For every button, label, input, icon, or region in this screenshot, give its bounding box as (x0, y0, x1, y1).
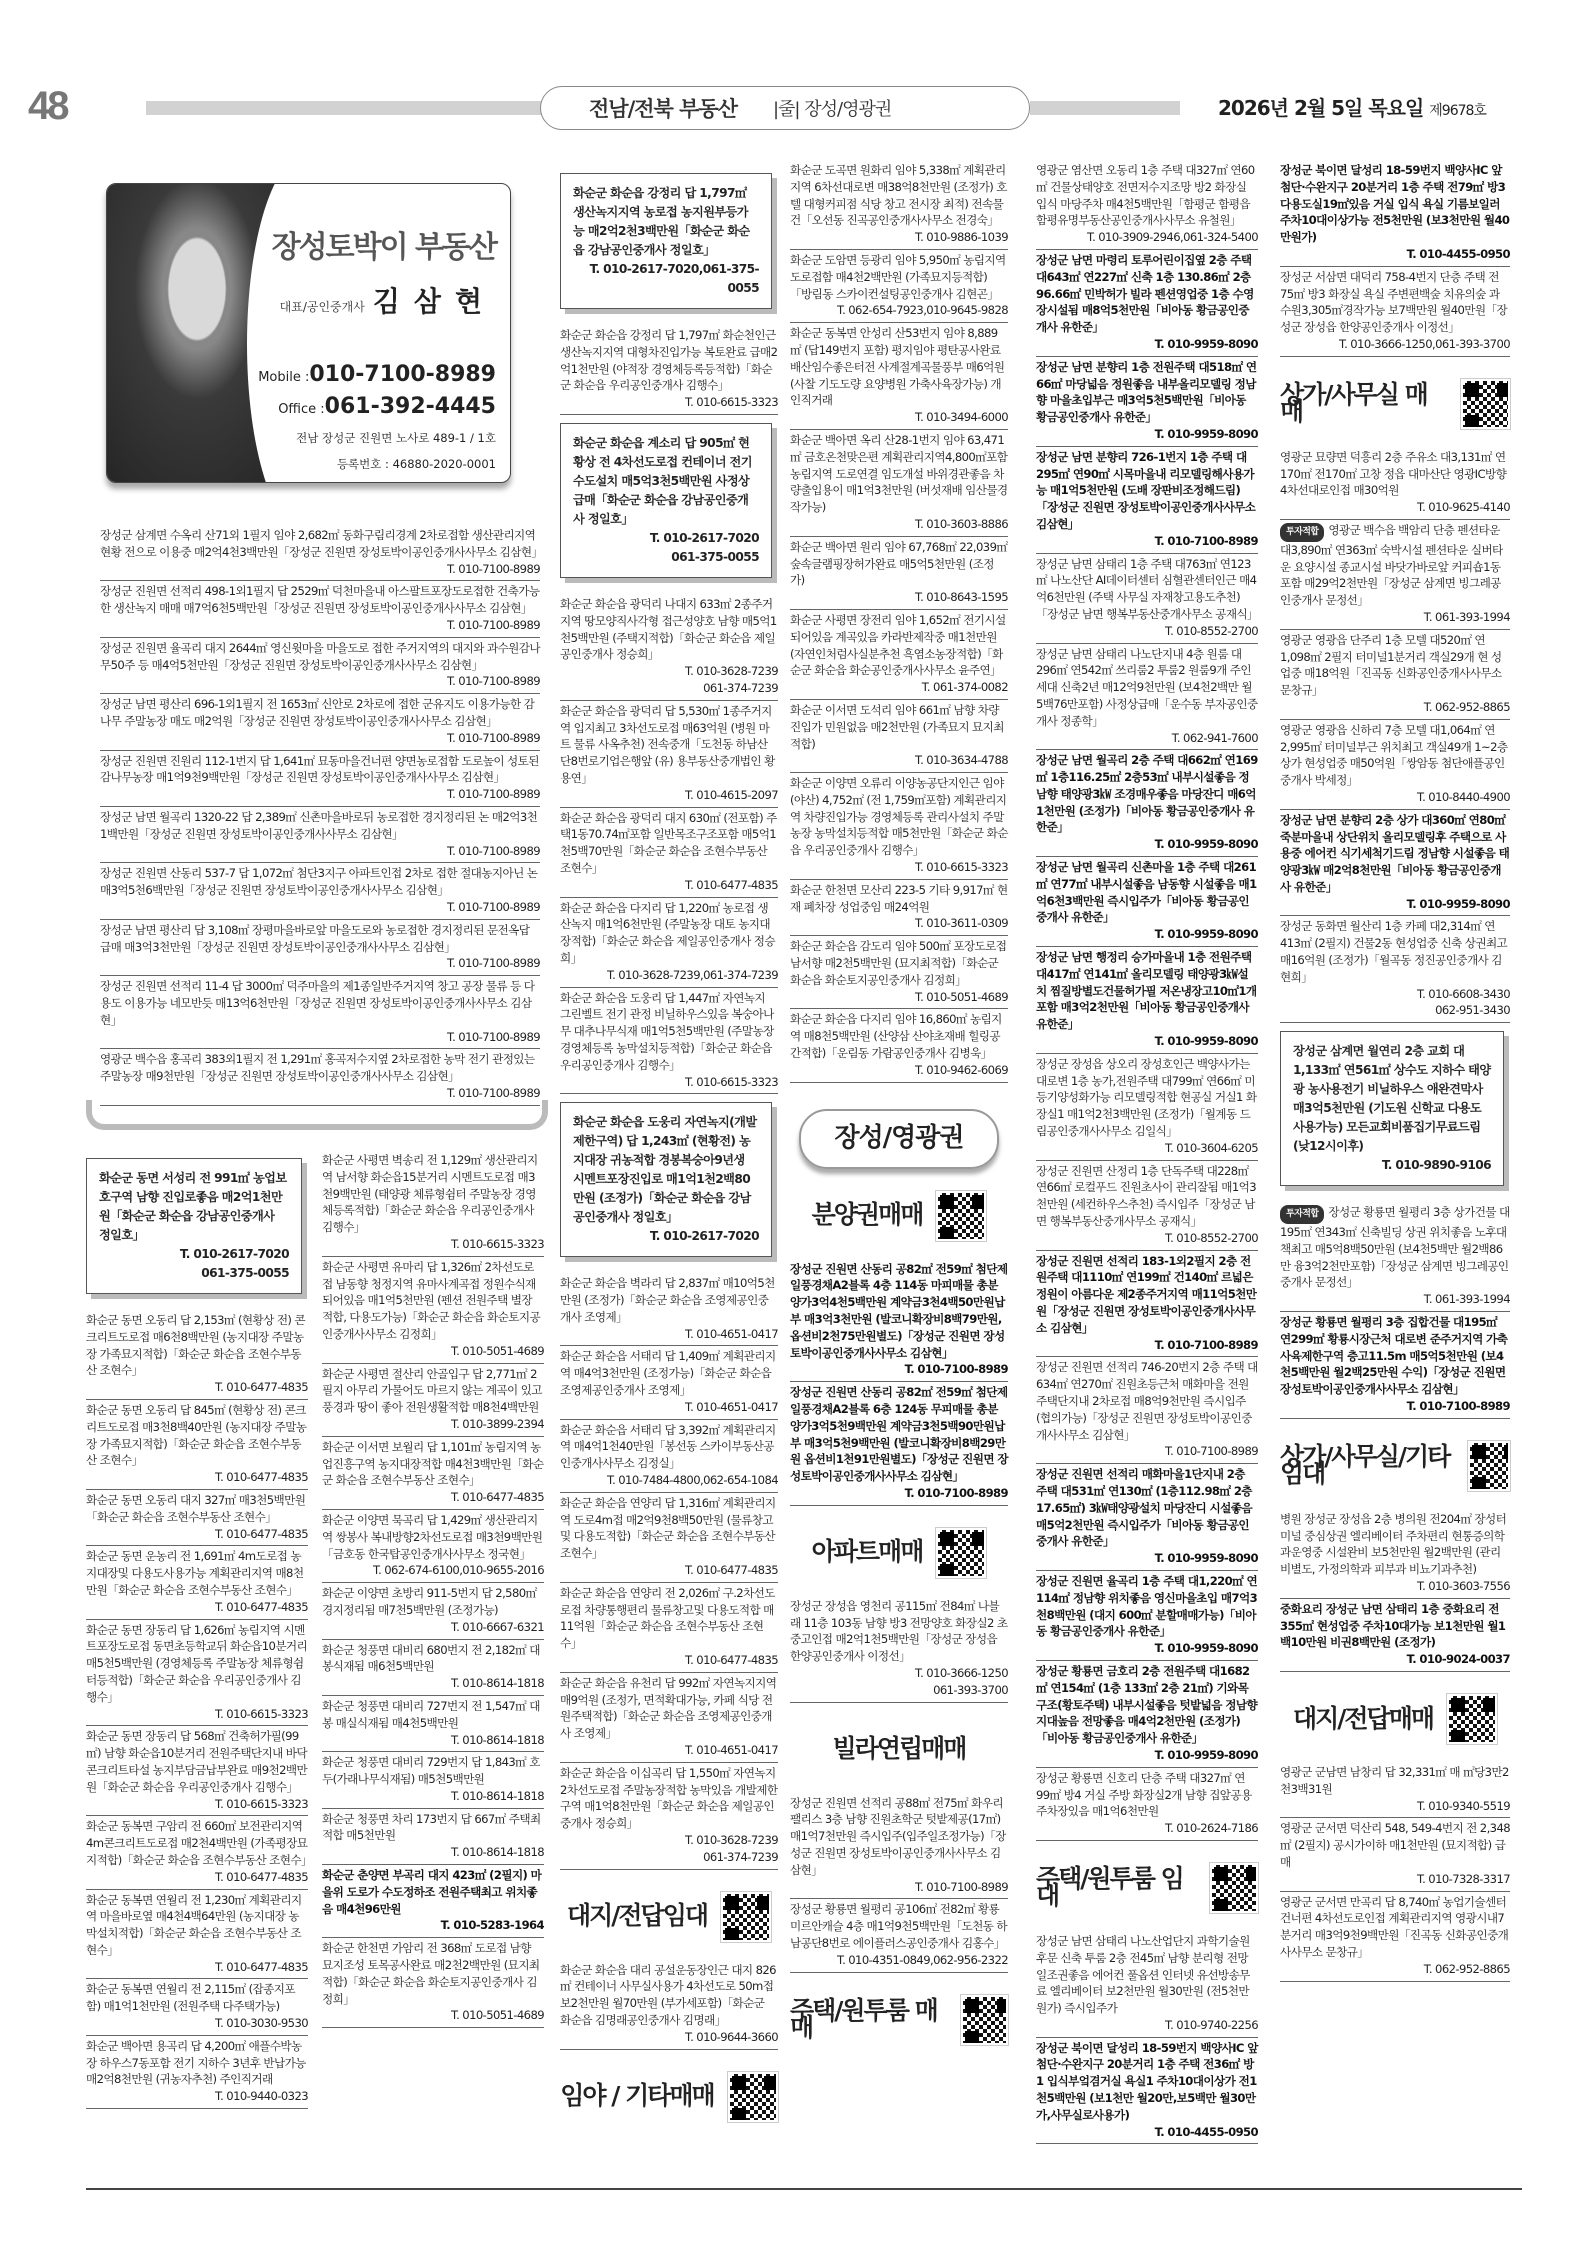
listing-text: 화순군 사평면 유마리 답 1,326㎡ 2차선도로접 남동향 청정지역 유마사… (322, 1260, 540, 1341)
listing-text: 장성군 진원면 선적리 매화마을1단지내 2층 주택 대531㎡ 연130㎡ (… (1036, 1467, 1252, 1548)
listing-text: 화순군 도곡면 원화리 임야 5,338㎡ 계획관리지역 6차선대로변 매38억… (790, 163, 1007, 227)
listing-phone: T. 010-5051-4689 (322, 2007, 544, 2024)
investment-badge: 투자적합 (1280, 523, 1324, 542)
column-2: 화순군 화순읍 강정리 답 1,797㎡ 생산녹지지역 농로접 농지원부등가능 … (560, 165, 778, 2140)
listing-text: 화순군 화순읍 연양리 전 2,026㎡ 구.2차선도로접 차량통행편리 물류창… (560, 1586, 775, 1650)
listing-item: 영광군 군남면 남창리 답 32,331㎡ 매 ㎡당3만2천3백31원T. 01… (1280, 1762, 1510, 1818)
listing-item: 화순군 이양면 초방리 911-5번지 답 2,580㎡ 경지정리됨 매7천5백… (322, 1583, 544, 1639)
section-heading: 아파트매매 (812, 1544, 923, 1561)
listing-phone: T. 010-6477-4835 (560, 1562, 778, 1579)
listing-text: 화순군 한천면 가암리 전 368㎡ 도로접 남향 묘지조성 토목공사완료 매2… (322, 1941, 540, 2005)
boxed-ad: 화순군 화순읍 계소리 답 905㎡ 현황상 전 4차선도로접 컨테이너 전기 … (560, 423, 772, 578)
section-heading: 상가/사무실/기타임대 (1280, 1449, 1454, 1483)
listing-item: 장성군 북이면 달성리 18-59번지 백양사IC 앞 첨단·수완지구 20분거… (1280, 160, 1510, 267)
listing-text: 화순군 화순읍 광덕리 답 5,530㎡ 1종주거지역 입지최고 3차선도로접 … (560, 704, 775, 785)
listing-phone: T. 010-9959-8090 (1036, 1033, 1258, 1050)
listing-phone: T. 010-9959-8090 (1036, 336, 1258, 353)
listing-item: 화순군 청풍면 대비리 680번지 전 2,182㎡ 대봉식재됨 매6천5백만원… (322, 1640, 544, 1696)
listing-text: 영광군 군서면 덕산리 548, 549-4번지 전 2,348㎡ (2필지) … (1280, 1821, 1510, 1869)
listing-phone: T. 010-6477-4835 (86, 1599, 308, 1616)
agency-listings: 장성군 삼계면 수옥리 산71외 1필지 임야 2,682㎡ 동화구림리경계 2… (100, 525, 540, 1106)
listing-item: 화순군 화순읍 광덕리 답 5,530㎡ 1종주거지역 입지최고 3차선도로접 … (560, 701, 778, 808)
listing-text: 화순군 청풍면 대비리 680번지 전 2,182㎡ 대봉식재됨 매6천5백만원 (322, 1643, 540, 1674)
listing-text: 화순군 화순읍 유천리 답 992㎡ 자연녹지지역 매9억원 (조정가, 면적확… (560, 1676, 776, 1740)
listing-text: 화순군 화순읍 강정리 답 1,797㎡ 화순천인근 생산녹지지역 대형차진입가… (560, 328, 777, 392)
listing-item: 장성군 남면 분향리 1층 전원주택 대518㎡ 연66㎡ 마당넓음 정원좋음 … (1036, 357, 1258, 447)
listing-item: 화순군 동면 장동리 답 1,626㎡ 농림지역 시멘트포장도로접 동면초등학교… (86, 1620, 308, 1727)
listing-text: 화순군 화순읍 다지리 임야 16,860㎡ 농림지역 매8천5백만원 (산양삼… (790, 1012, 1002, 1060)
listing-text: 화순군 도암면 등광리 임야 5,950㎡ 농림지역 도로접함 매4천2백만원 … (790, 253, 1006, 301)
listing-phone: T. 010-9340-5519 (1280, 1798, 1510, 1815)
listing-item: 장성군 삼계면 수옥리 산71외 1필지 임야 2,682㎡ 동화구림리경계 2… (100, 525, 540, 581)
listing-text: 화순군 동면 운농리 전 1,691㎡ 4m도로접 농지대장및 다용도사용가능 … (86, 1549, 303, 1597)
listing-phone: T. 010-4651-0417 (560, 1742, 778, 1759)
listing-item: 화순군 백아면 용곡리 답 4,200㎡ 애플수박농장 하우스7동포함 전기 지… (86, 2036, 308, 2109)
listing-item: 화순군 동복면 연월리 전 2,115㎡ (잡종지포함) 매1억1천만원 (전원… (86, 1979, 308, 2035)
listing-item: 영광군 영광읍 단주리 1층 모텔 대520㎡ 연1,098㎡ 2필지 터미널1… (1280, 630, 1510, 720)
listing-item: 장성군 진원면 선적리 746-20번지 2층 주택 대634㎡ 연270㎡ 진… (1036, 1357, 1258, 1464)
listing-text: 화순군 화순읍 서태리 답 3,392㎡ 계획관리지역 매4억1천40만원「봉선… (560, 1423, 776, 1471)
listing-text: 장성군 남면 분향리 726-1번지 1층 주택 대295㎡ 연90㎡ 시목마을… (1036, 450, 1255, 531)
listing-item: 장성군 남면 평산리 696-1외1필지 전 1653㎡ 신안로 2차로에 접한… (100, 694, 540, 750)
listing-item: 장성군 진원면 진원리 112-1번지 답 1,641㎡ 묘동마을건너편 양면농… (100, 751, 540, 807)
listing-text: 화순군 동면 오동리 대지 327㎡ 매3천5백만원「화순군 화순읍 조현수부동… (86, 1493, 305, 1524)
listing-phone: T. 010-8614-1818 (322, 1675, 544, 1692)
listing-text: 화순군 화순읍 이십곡리 답 1,550㎡ 자연녹지 2차선도로접 주말농장적합… (560, 1766, 777, 1830)
listing-text: 화순군 동복면 연월리 전 2,115㎡ (잡종지포함) 매1억1천만원 (전원… (86, 1982, 295, 2013)
listing-phone: T. 010-7100-8989 (1280, 1398, 1510, 1415)
qr-code-icon[interactable] (1468, 1441, 1510, 1491)
listing-text: 화순군 동면 오동리 답 2,153㎡ (현황상 전) 콘크리트도로접 매6천8… (86, 1313, 305, 1377)
listing-text: 화순군 동면 장동리 답 568㎡ 건축허가필(99㎡) 남향 화순읍10분거리… (86, 1729, 307, 1793)
listing-text: 장성군 진원면 산정리 1층 단독주택 대228㎡ 연66㎡ 로컬푸드 진원초사… (1036, 1164, 1256, 1228)
listing-text: 장성군 진원면 율곡리 1층 주택 대1,220㎡ 연114㎡ 정남향 위치좋음… (1036, 1574, 1257, 1638)
listing-text: 영광군 염산면 오동리 1층 주택 대327㎡ 연60㎡ 건물상태양호 전면저수… (1036, 163, 1255, 227)
section-shop-rent: 상가/사무실/기타임대 (1280, 1437, 1510, 1495)
listing-item: 화순군 사평면 절산리 안골입구 답 2,771㎡ 2필지 아무리 가물어도 마… (322, 1364, 544, 1437)
listing-item: 장성군 남면 삼태리 나노산업단지 과학기술원후문 신축 투룸 2층 전45㎡ … (1036, 1931, 1258, 2038)
listing-phone: T. 010-9959-8090 (1036, 1640, 1258, 1657)
listing-phone: T. 010-4651-0417 (560, 1326, 778, 1343)
listing-phone: T. 010-7100-8989 (1036, 533, 1258, 550)
listing-item: 화순군 동복면 구암리 전 660㎡ 보전관리지역 4m콘크리트도로접 매2천4… (86, 1816, 308, 1889)
listing-item: 화순군 화순읍 서태리 답 3,392㎡ 계획관리지역 매4억1천40만원「봉선… (560, 1420, 778, 1493)
column-1b: 화순군 사평면 벽송리 전 1,129㎡ 생산관리지역 남서향 화순읍15분거리… (322, 1150, 544, 2028)
listing-text: 장성군 서삼면 대덕리 758-4번지 단층 주택 전75㎡ 방3 화장실 욕실… (1280, 270, 1507, 334)
listing-item: 화순군 사평면 유마리 답 1,326㎡ 2차선도로접 남동향 청정지역 유마사… (322, 1257, 544, 1364)
listing-phone: T. 010-9959-8090 (1036, 1550, 1258, 1567)
listing-phone: T. 062-952-8865 (1280, 699, 1510, 716)
listing-item: 장성군 장성읍 영천리 공115㎡ 전84㎡ 나블래 11층 103동 남향 방… (790, 1596, 1008, 1703)
section-land-rent: 대지/전답임대 (560, 1888, 778, 1946)
listing-item: 화순군 동복면 안성리 산53번지 임야 8,889㎡ (답149번지 포함) … (790, 323, 1008, 430)
listing-item: 화순군 화순읍 강정리 답 1,797㎡ 화순천인근 생산녹지지역 대형차진입가… (560, 325, 778, 415)
page-header: 48 전남/전북 부동산 |줄| 장성/영광권 2026년 2월 5일 목요일 … (0, 80, 1588, 140)
listing-item: 화순군 화순읍 대리 공설운동장인근 대지 826㎡ 컨테이너 사무실사용가 4… (560, 1960, 778, 2050)
listing-text: 장성군 장성읍 상오리 장성호인근 백양사가는대로변 1층 농가,전원주택 대7… (1036, 1057, 1257, 1138)
boxed-ad: 화순군 화순읍 도웅리 자연녹지(개발제한구역) 답 1,243㎡ (현황전) … (560, 1102, 772, 1257)
listing-phone: T. 010-6615-3323 (560, 1074, 778, 1091)
listing-item: 장성군 진원면 율곡리 대지 2644㎡ 영신윗마을 마을도로 접한 주거지역의… (100, 638, 540, 694)
column-1a: 화순군 동면 서성리 전 991㎡ 농업보호구역 남향 진입로좋음 매2억1천만… (86, 1150, 308, 2109)
listing-item: 화순군 화순읍 유천리 답 992㎡ 자연녹지지역 매9억원 (조정가, 면적확… (560, 1673, 778, 1763)
listing-item: 화순군 이서면 보월리 답 1,101㎡ 농림지역 농업진흥구역 농지대장적합 … (322, 1437, 544, 1510)
listing-item: 화순군 동면 오동리 답 2,153㎡ (현황상 전) 콘크리트도로접 매6천8… (86, 1310, 308, 1400)
listing-phone: T. 010-7100-8989 (100, 899, 540, 916)
listing-phone: T. 010-3628-7239 061-374-7239 (560, 663, 778, 697)
listing-item: 화순군 도곡면 원화리 임야 5,338㎡ 계획관리지역 6차선대로변 매38억… (790, 160, 1008, 250)
boxed-ad-phone: T. 010-2617-7020 (573, 1227, 759, 1246)
listing-item: 화순군 화순읍 다지리 임야 16,860㎡ 농림지역 매8천5백만원 (산양삼… (790, 1009, 1008, 1082)
listing-item: 화순군 한천면 모산리 223-5 기타 9,917㎡ 현재 폐차장 성업중임 … (790, 880, 1008, 936)
boxed-ad: 화순군 동면 서성리 전 991㎡ 농업보호구역 남향 진입로좋음 매2억1천만… (86, 1158, 302, 1294)
qr-code-icon[interactable] (1210, 1863, 1258, 1913)
listing-phone: T. 010-4651-0417 (560, 1399, 778, 1416)
listing-text: 중화요리 장성군 남면 삼태리 1층 중화요리 전355㎡ 현성업중 주차10대… (1280, 1602, 1505, 1650)
listing-phone: T. 010-9625-4140 (1280, 499, 1510, 516)
listing-text: 장성군 동화면 월산리 1층 카페 대2,314㎡ 연413㎡ (2필지) 건물… (1280, 919, 1507, 983)
qr-code-icon[interactable] (936, 1191, 986, 1241)
qr-code-icon[interactable] (961, 1995, 1008, 2045)
listing-text: 화순군 이양면 묵곡리 답 1,429㎡ 생산관리지역 쌍봉사 복내방향2차선도… (322, 1513, 542, 1561)
listing-text: 장성군 남면 행정리 승가마을내 1층 전원주택 대417㎡ 연141㎡ 올리모… (1036, 950, 1256, 1031)
listing-item: 장성군 남면 평산리 답 3,108㎡ 장평마을바로앞 마을도로와 농로접한 경… (100, 920, 540, 976)
listing-text: 영광군 영광읍 신하리 7층 모텔 대1,064㎡ 연2,995㎡ 터미널부근 … (1280, 723, 1508, 787)
listing-text: 장성군 남면 삼태리 나노산업단지 과학기술원후문 신축 투룸 2층 전45㎡ … (1036, 1934, 1250, 2015)
listing-phone: T. 010-7328-3317 (1280, 1871, 1510, 1888)
listing-phone: T. 010-7100-8989 (100, 955, 540, 972)
office-label: Office : (278, 402, 324, 417)
listing-phone: T. 010-7484-4800,062-654-1084 (560, 1472, 778, 1489)
listing-item: 영광군 군서면 덕산리 548, 549-4번지 전 2,348㎡ (2필지) … (1280, 1818, 1510, 1891)
listing-text: 화순군 백아면 옥리 산28-1번지 임야 63,471㎡ 금호온천맞은편 계획… (790, 433, 1008, 514)
listing-item: 화순군 화순읍 광덕리 나대지 633㎡ 2종주거지역 땅모양직사각형 접근성양… (560, 594, 778, 701)
listing-item: 화순군 청풍면 차리 173번지 답 667㎡ 주택최적합 매5천만원T. 01… (322, 1809, 544, 1865)
listing-item: 화순군 동면 장동리 답 568㎡ 건축허가필(99㎡) 남향 화순읍10분거리… (86, 1726, 308, 1816)
listing-text: 영광군 군서면 만곡리 답 8,740㎡ 농업기술센터건너편 4차선도로인접 계… (1280, 1895, 1508, 1959)
listing-phone: T. 010-8614-1818 (322, 1844, 544, 1861)
listing-text: 장성군 북이면 달성리 18-59번지 백양사IC 앞 첨단·수완지구 20분거… (1280, 163, 1509, 244)
listing-item: 화순군 화순읍 도웅리 답 1,447㎡ 자연녹지 그린벨트 전기 관정 비닐하… (560, 988, 778, 1095)
listing-item: 장성군 남면 월곡리 2층 주택 대662㎡ 연169㎡ 1층116.25㎡ 2… (1036, 750, 1258, 857)
listing-item: 영광군 염산면 오동리 1층 주택 대327㎡ 연60㎡ 건물상태양호 전면저수… (1036, 160, 1258, 250)
listing-phone: T. 010-9440-0323 (86, 2088, 308, 2105)
listing-item: 장성군 남면 마령리 토루어린이집옆 2층 주택 대643㎡ 연227㎡ 신축 … (1036, 250, 1258, 357)
listing-item: 장성군 남면 삼태리 나노단지내 4층 원룸 대296㎡ 연542㎡ 쓰리룸2 … (1036, 644, 1258, 751)
listing-item: 화순군 화순읍 연양리 전 2,026㎡ 구.2차선도로접 차량통행편리 물류창… (560, 1583, 778, 1673)
listing-phone: T. 061-393-1994 (1280, 1291, 1510, 1308)
listing-item: 화순군 춘양면 부곡리 대지 423㎡ (2필지) 마을위 도로가 수도정하조 … (322, 1865, 544, 1938)
section-house-rent: 주택/원투룸 임대 (1036, 1859, 1258, 1917)
listing-phone: T. 010-5051-4689 (790, 989, 1008, 1006)
listing-phone: T. 010-4351-0849,062-956-2322 (790, 1952, 1008, 1969)
listing-phone: T. 010-4615-2097 (560, 787, 778, 804)
listing-item: 장성군 황룡면 월평리 3층 집합건물 대195㎡ 연299㎡ 황룡시장근처 대… (1280, 1312, 1510, 1419)
listing-phone: T. 010-9959-8090 (1280, 896, 1510, 913)
listing-phone: T. 010-3604-6205 (1036, 1140, 1258, 1157)
listing-phone: T. 010-7100-8989 (790, 1879, 1008, 1896)
listing-text: 화순군 백아면 용곡리 답 4,200㎡ 애플수박농장 하우스7동포함 전기 지… (86, 2039, 306, 2087)
listing-phone: T. 010-8614-1818 (322, 1788, 544, 1805)
listing-text: 화순군 화순읍 벽라리 답 2,837㎡ 매10억5천만원 (조정가)「화순군 … (560, 1276, 775, 1324)
section-house-sale: 주택/원투룸 매매 (790, 1991, 1008, 2049)
listing-item: 화순군 한천면 가암리 전 368㎡ 도로접 남향 묘지조성 토목공사완료 매2… (322, 1938, 544, 2028)
listing-phone: T. 010-3628-7239,061-374-7239 (560, 967, 778, 984)
listing-item: 장성군 서삼면 대덕리 758-4번지 단층 주택 전75㎡ 방3 화장실 욕실… (1280, 267, 1510, 357)
listing-text: 장성군 진원면 율곡리 대지 2644㎡ 영신윗마을 마을도로 접한 주거지역의… (100, 641, 540, 672)
listing-text: 영광군 백수읍 홍곡리 383외1필지 전 1,291㎡ 홍곡저수지옆 2차로접… (100, 1052, 535, 1083)
section-heading: 대지/전답매매 (1293, 1711, 1433, 1728)
listing-phone: T. 010-3494-6000 (790, 409, 1008, 426)
listing-phone: T. 061-393-1994 (1280, 609, 1510, 626)
listing-phone: T. 010-2624-7186 (1036, 1820, 1258, 1837)
listing-text: 장성군 장성읍 영천리 공115㎡ 전84㎡ 나블래 11층 103동 남향 방… (790, 1599, 1007, 1663)
listing-item: 장성군 진원면 산정리 1층 단독주택 대228㎡ 연66㎡ 로컬푸드 진원초사… (1036, 1161, 1258, 1251)
qr-code-icon[interactable] (1461, 379, 1510, 429)
bottom-rule (86, 2188, 1522, 2190)
listing-text: 화순군 춘양면 부곡리 대지 423㎡ (2필지) 마을위 도로가 수도정하조 … (322, 1868, 541, 1916)
listing-item: 영광군 백수읍 홍곡리 383외1필지 전 1,291㎡ 홍곡저수지옆 2차로접… (100, 1049, 540, 1105)
listing-text: 화순군 사평면 절산리 안골입구 답 2,771㎡ 2필지 아무리 가물어도 마… (322, 1367, 542, 1415)
listing-text: 화순군 화순읍 광덕리 나대지 633㎡ 2종주거지역 땅모양직사각형 접근성양… (560, 597, 777, 661)
mobile-line: Mobile :010-7100-8989 (258, 362, 496, 387)
mobile-label: Mobile : (258, 370, 309, 385)
listing-phone: T. 010-7100-8989 (100, 673, 540, 690)
listing-item: 화순군 화순읍 다지리 답 1,220㎡ 농로접 생산녹지 매1억6천만원 (주… (560, 898, 778, 988)
listing-text: 장성군 남면 분향리 1층 전원주택 대518㎡ 연66㎡ 마당넓음 정원좋음 … (1036, 360, 1256, 424)
listing-text: 장성군 진원면 산동리 공82㎡ 전59㎡ 첨단제일풍경채A2블록 6층 124… (790, 1385, 1008, 1483)
listing-phone: T. 010-6615-3323 (322, 1236, 544, 1253)
listing-item: 병원 장성군 장성읍 2층 병의원 전204㎡ 장성터미널 중심상권 엘리베이터… (1280, 1509, 1510, 1599)
listing-text: 장성군 황룡면 월평리 3층 집합건물 대195㎡ 연299㎡ 황룡시장근처 대… (1280, 1315, 1507, 1396)
column-4: 영광군 염산면 오동리 1층 주택 대327㎡ 연60㎡ 건물상태양호 전면저수… (1036, 160, 1258, 2144)
listing-text: 장성군 진원면 진원리 112-1번지 답 1,641㎡ 묘동마을건너편 양면농… (100, 754, 539, 785)
listing-text: 화순군 동면 오동리 답 845㎡ (현황상 전) 콘크리트도로접 매3천8백4… (86, 1403, 306, 1467)
listing-item: 화순군 화순읍 연양리 답 1,316㎡ 계획관리지역 도로4m접 매2억9천8… (560, 1493, 778, 1583)
agent-role: 대표/공인중개사김삼현 (280, 280, 496, 320)
listing-item: 화순군 화순읍 감도리 임야 500㎡ 포장도로접 남서향 매2천5백만원 (묘… (790, 936, 1008, 1009)
listing-item: 투자적합장성군 황룡면 월평리 3층 상가건물 대195㎡ 연343㎡ 신축빌딩… (1280, 1202, 1510, 1312)
listing-phone: T. 010-9644-3660 (560, 2029, 778, 2046)
listing-item: 장성군 진원면 산동리 537-7 답 1,072㎡ 첨단3지구 아파트인접 2… (100, 863, 540, 919)
listing-text: 영광군 군남면 남창리 답 32,331㎡ 매 ㎡당3만2천3백31원 (1280, 1765, 1509, 1796)
qr-code-icon[interactable] (728, 2072, 778, 2122)
column-5: 장성군 북이면 달성리 18-59번지 백양사IC 앞 첨단·수완지구 20분거… (1280, 160, 1510, 1982)
listing-text: 화순군 동복면 구암리 전 660㎡ 보전관리지역 4m콘크리트도로접 매2천4… (86, 1819, 312, 1867)
listing-text: 영광군 영광읍 단주리 1층 모텔 대520㎡ 연1,098㎡ 2필지 터미널1… (1280, 633, 1502, 697)
listing-item: 화순군 동면 오동리 답 845㎡ (현황상 전) 콘크리트도로접 매3천8백4… (86, 1400, 308, 1490)
agency-address: 전남 장성군 진원면 노사로 489-1 / 1호 (296, 430, 496, 446)
listing-item: 장성군 남면 월곡리 1320-22 답 2,389㎡ 신촌마을바로뒤 농로접한… (100, 807, 540, 863)
listing-phone: T. 010-3909-2946,061-324-5400 (1036, 229, 1258, 246)
listing-phone: T. 010-3030-9530 (86, 2015, 308, 2032)
listing-phone: T. 010-9959-8090 (1036, 926, 1258, 943)
listing-text: 장성군 황룡면 신호리 단층 주택 대327㎡ 연99㎡ 방4 거실 주방 화장… (1036, 1771, 1252, 1819)
listing-phone: T. 062-952-8865 (1280, 1961, 1510, 1978)
listing-phone: T. 061-374-0082 (790, 679, 1008, 696)
listing-text: 화순군 이서면 도석리 임야 661㎡ 남향 차량진입가 민원없음 매2천만원 … (790, 703, 1004, 751)
boxed-ad-phone: T. 010-2617-7020 061-375-0055 (99, 1245, 289, 1283)
listing-phone: T. 010-7100-8989 (100, 617, 540, 634)
listing-text: 화순군 청풍면 대비리 729번지 답 1,843㎡ 호두(가래나무식재됨) 매… (322, 1755, 540, 1786)
listing-phone: T. 010-8614-1818 (322, 1732, 544, 1749)
header-rule-left (146, 101, 542, 115)
listing-item: 화순군 화순읍 서태리 답 1,409㎡ 계획관리지역 매4억3천만원 (조정가… (560, 1346, 778, 1419)
listing-phone: T. 010-7100-8989 (1036, 1337, 1258, 1354)
listing-phone: T. 010-9959-8090 (1036, 836, 1258, 853)
listing-phone: T. 010-6615-3323 (560, 394, 778, 411)
listing-item: 영광군 군서면 만곡리 답 8,740㎡ 농업기술센터건너편 4차선도로인접 계… (1280, 1892, 1510, 1982)
date-text: 2026년 2월 5일 목요일 (1218, 96, 1423, 120)
listing-item: 화순군 사평면 벽송리 전 1,129㎡ 생산관리지역 남서향 화순읍15분거리… (322, 1150, 544, 1257)
listing-text: 장성군 황룡면 금호리 2층 전원주택 대1682㎡ 연154㎡ (1층 133… (1036, 1664, 1257, 1745)
qr-code-icon[interactable] (1447, 1694, 1497, 1744)
listing-item: 영광군 묘량면 덕흥리 2층 주유소 대3,131㎡ 연170㎡ 전170㎡ 고… (1280, 447, 1510, 520)
listing-phone: T. 010-6477-4835 (560, 877, 778, 894)
section-title: 전남/전북 부동산 (589, 93, 737, 123)
listing-text: 장성군 진원면 산동리 537-7 답 1,072㎡ 첨단3지구 아파트인접 2… (100, 866, 537, 897)
region-title: 장성/영광권 (799, 1109, 999, 1169)
listing-item: 장성군 진원면 율곡리 1층 주택 대1,220㎡ 연114㎡ 정남향 위치좋음… (1036, 1571, 1258, 1661)
listing-text: 장성군 남면 분향리 2층 상가 대360㎡ 연80㎡ 죽분마을내 상단위치 올… (1280, 813, 1509, 894)
listing-item: 장성군 진원면 선적리 498-1외1필지 답 2529㎡ 덕천마을내 아스팔트… (100, 581, 540, 637)
listing-item: 중화요리 장성군 남면 삼태리 1층 중화요리 전355㎡ 현성업중 주차10대… (1280, 1599, 1510, 1672)
listing-text: 화순군 화순읍 연양리 답 1,316㎡ 계획관리지역 도로4m접 매2억9천8… (560, 1496, 776, 1560)
mobile-number: 010-7100-8989 (309, 362, 496, 387)
listing-phone: T. 062-654-7923,010-9645-9828 (790, 302, 1008, 319)
listing-text: 화순군 청풍면 대비리 727번지 전 1,547㎡ 대봉 매실식재됨 매4천5… (322, 1699, 540, 1730)
listing-text: 화순군 사평면 장전리 임야 1,652㎡ 전기시설되어있음 계곡있음 카라반제… (790, 613, 1006, 677)
listing-phone: T. 010-9959-8090 (1036, 1747, 1258, 1764)
listing-phone: T. 010-6477-4835 (560, 1652, 778, 1669)
listing-phone: T. 010-6477-4835 (86, 1959, 308, 1976)
listing-phone: T. 010-9024-0037 (1280, 1651, 1510, 1668)
listing-item: 장성군 남면 삼태리 1층 주택 대763㎡ 연123㎡ 나노산단 AI데이터센… (1036, 554, 1258, 644)
section-heading: 대지/전답임대 (567, 1908, 707, 1925)
listing-phone: T. 010-8552-2700 (1036, 1230, 1258, 1247)
listing-item: 장성군 남면 분향리 2층 상가 대360㎡ 연80㎡ 죽분마을내 상단위치 올… (1280, 810, 1510, 917)
listing-item: 화순군 백아면 옥리 산28-1번지 임야 63,471㎡ 금호온천맞은편 계획… (790, 430, 1008, 537)
role-label: 대표/공인중개사 (280, 300, 365, 314)
listing-phone: T. 010-4455-0950 (1036, 2124, 1258, 2141)
boxed-ad-text: 화순군 동면 서성리 전 991㎡ 농업보호구역 남향 진입로좋음 매2억1천만… (99, 1169, 289, 1245)
listing-phone: T. 010-7100-8989 (100, 786, 540, 803)
listing-item: 장성군 진원면 선적리 매화마을1단지내 2층 주택 대531㎡ 연130㎡ (… (1036, 1464, 1258, 1571)
listing-phone: T. 010-7100-8989 (100, 561, 540, 578)
listing-phone: T. 010-7100-8989 (790, 1485, 1008, 1502)
listing-item: 장성군 동화면 월산리 1층 카페 대2,314㎡ 연413㎡ (2필지) 건물… (1280, 916, 1510, 1023)
listing-phone: T. 010-3611-0309 (790, 915, 1008, 932)
boxed-ad-text: 화순군 화순읍 계소리 답 905㎡ 현황상 전 4차선도로접 컨테이너 전기 … (573, 434, 759, 529)
listing-item: 화순군 도암면 등광리 임야 5,950㎡ 농림지역 도로접함 매4천2백만원 … (790, 250, 1008, 323)
listing-text: 화순군 청풍면 차리 173번지 답 667㎡ 주택최적합 매5천만원 (322, 1812, 541, 1843)
boxed-ad: 장성군 삼계면 월연리 2층 교회 대 1,133㎡ 연561㎡ 상수도 지하수… (1280, 1031, 1504, 1186)
listing-phone: T. 010-3666-1250,061-393-3700 (1280, 336, 1510, 353)
listing-phone: T. 010-5283-1964 (322, 1917, 544, 1934)
bracket-decoration (86, 1100, 548, 1130)
qr-code-icon[interactable] (721, 1892, 771, 1942)
listing-item: 화순군 청풍면 대비리 727번지 전 1,547㎡ 대봉 매실식재됨 매4천5… (322, 1696, 544, 1752)
listing-phone: T. 010-3603-8886 (790, 516, 1008, 533)
listing-text: 화순군 화순읍 광덕리 대지 630㎡ (전포함) 주택1동70.74㎡포함 일… (560, 811, 777, 875)
listing-item: 화순군 이서면 도석리 임야 661㎡ 남향 차량진입가 민원없음 매2천만원 … (790, 700, 1008, 773)
listing-item: 장성군 장성읍 상오리 장성호인근 백양사가는대로변 1층 농가,전원주택 대7… (1036, 1054, 1258, 1161)
listing-item: 영광군 영광읍 신하리 7층 모텔 대1,064㎡ 연2,995㎡ 터미널부근 … (1280, 720, 1510, 810)
listing-text: 화순군 화순읍 대리 공설운동장인근 대지 826㎡ 컨테이너 사무실사용가 4… (560, 1963, 776, 2027)
listing-text: 화순군 동복면 안성리 산53번지 임야 8,889㎡ (답149번지 포함) … (790, 326, 1004, 407)
listing-item: 화순군 화순읍 이십곡리 답 1,550㎡ 자연녹지 2차선도로접 주말농장적합… (560, 1763, 778, 1870)
listing-text: 장성군 남면 마령리 토루어린이집옆 2층 주택 대643㎡ 연227㎡ 신축 … (1036, 253, 1254, 334)
section-heading: 분양권매매 (812, 1207, 923, 1224)
listing-item: 화순군 이양면 묵곡리 답 1,429㎡ 생산관리지역 쌍봉사 복내방향2차선도… (322, 1510, 544, 1583)
boxed-ad-text: 화순군 화순읍 강정리 답 1,797㎡ 생산녹지지역 농로접 농지원부등가능 … (573, 184, 759, 260)
agent-name: 김삼현 (373, 285, 496, 318)
listing-text: 장성군 진원면 선적리 공88㎡ 전75㎡ 화우리팰리스 3층 남향 진원초학군… (790, 1796, 1006, 1877)
listing-phone: T. 010-7100-8989 (100, 1029, 540, 1046)
listing-text: 화순군 이양면 초방리 911-5번지 답 2,580㎡ 경지정리됨 매7천5백… (322, 1586, 537, 1617)
issue-date: 2026년 2월 5일 목요일 제9678호 (1218, 92, 1486, 121)
section-heading: 상가/사무실 매매 (1280, 387, 1447, 421)
listing-phone: T. 062-674-6100,010-9655-2016 (322, 1562, 544, 1579)
listing-phone: T. 010-8440-4900 (1280, 789, 1510, 806)
boxed-ad-text: 화순군 화순읍 도웅리 자연녹지(개발제한구역) 답 1,243㎡ (현황전) … (573, 1113, 759, 1227)
listing-item: 투자적합영광군 백수읍 백암리 단층 펜션타운 대3,890㎡ 연363㎡ 숙박… (1280, 520, 1510, 630)
listing-item: 화순군 동복면 연월리 전 1,230㎡ 계획관리지역 마을바로옆 매4천4백6… (86, 1890, 308, 1980)
listing-item: 장성군 황룡면 월평리 공106㎡ 전82㎡ 황룡미르안캐슬 4층 매1억9천5… (790, 1899, 1008, 1972)
listing-phone: T. 010-7100-8989 (100, 730, 540, 747)
listing-item: 장성군 진원면 선적리 183-1외2필지 2층 전원주택 대1110㎡ 연19… (1036, 1251, 1258, 1358)
boxed-ad-phone: T. 010-2617-7020,061-375-0055 (573, 260, 759, 298)
listing-phone: T. 062-941-7600 (1036, 730, 1258, 747)
listing-text: 영광군 묘량면 덕흥리 2층 주유소 대3,131㎡ 연170㎡ 전170㎡ 고… (1280, 450, 1506, 498)
listing-item: 화순군 사평면 장전리 임야 1,652㎡ 전기시설되어있음 계곡있음 카라반제… (790, 610, 1008, 700)
listing-phone: T. 010-7100-8989 (790, 1361, 1008, 1378)
listing-text: 병원 장성군 장성읍 2층 병의원 전204㎡ 장성터미널 중심상권 엘리베이터… (1280, 1512, 1506, 1576)
listing-phone: T. 010-7100-8989 (100, 843, 540, 860)
listing-item: 장성군 북이면 달성리 18-59번지 백양사IC 앞 첨단·수완지구 20분거… (1036, 2038, 1258, 2145)
listing-phone: T. 010-6615-3323 (790, 859, 1008, 876)
listing-text: 장성군 진원면 선적리 498-1외1필지 답 2529㎡ 덕천마을내 아스팔트… (100, 584, 539, 615)
listing-item: 화순군 백아면 원리 임야 67,768㎡ 22,039㎡ 숲속글램핑장허가완료… (790, 537, 1008, 610)
listing-item: 장성군 진원면 산동리 공82㎡ 전59㎡ 첨단제일풍경채A2블록 4층 114… (790, 1259, 1008, 1383)
section-title-pill: 전남/전북 부동산 |줄| 장성/영광권 (540, 86, 1030, 130)
section-presale: 분양권매매 (790, 1187, 1008, 1245)
listing-text: 화순군 이양면 오류리 이양농공단지인근 임야(야산) 4,752㎡ (전 1,… (790, 776, 1008, 857)
listing-text: 장성군 남면 월곡리 2층 주택 대662㎡ 연169㎡ 1층116.25㎡ 2… (1036, 753, 1258, 834)
listing-text: 화순군 화순읍 다지리 답 1,220㎡ 농로접 생산녹지 매1억6천만원 (주… (560, 901, 775, 965)
listing-text: 화순군 이서면 보월리 답 1,101㎡ 농림지역 농업진흥구역 농지대장적합 … (322, 1440, 544, 1488)
listing-phone: T. 010-8643-1595 (790, 589, 1008, 606)
listing-item: 장성군 남면 분향리 726-1번지 1층 주택 대295㎡ 연90㎡ 시목마을… (1036, 447, 1258, 554)
section-land-sale: 대지/전답매매 (1280, 1690, 1510, 1748)
listing-item: 화순군 화순읍 광덕리 대지 630㎡ (전포함) 주택1동70.74㎡포함 일… (560, 808, 778, 898)
header-rule-right (1030, 101, 1180, 115)
listing-text: 장성군 삼계면 수옥리 산71외 1필지 임야 2,682㎡ 동화구림리경계 2… (100, 528, 542, 559)
listing-phone: T. 010-6477-4835 (86, 1379, 308, 1396)
listing-item: 화순군 청풍면 대비리 729번지 답 1,843㎡ 호두(가래나무식재됨) 매… (322, 1752, 544, 1808)
listing-phone: T. 010-6667-6321 (322, 1619, 544, 1636)
listing-phone: T. 010-3666-1250 061-393-3700 (790, 1665, 1008, 1699)
section-heading: 임야 / 기타매매 (560, 2088, 713, 2105)
listing-phone: T. 010-6477-4835 (322, 1489, 544, 1506)
listing-text: 장성군 진원면 선적리 183-1외2필지 2층 전원주택 대1110㎡ 연19… (1036, 1254, 1256, 1335)
listing-text: 화순군 한천면 모산리 223-5 기타 9,917㎡ 현재 폐차장 성업중임 … (790, 883, 1008, 914)
registration-number: 등록번호 : 46880-2020-0001 (337, 456, 496, 472)
listing-text: 화순군 화순읍 감도리 임야 500㎡ 포장도로접 남서향 매2천5백만원 (묘… (790, 939, 1006, 987)
listing-text: 장성군 남면 월곡리 1320-22 답 2,389㎡ 신촌마을바로뒤 농로접한… (100, 810, 537, 841)
listing-text: 장성군 남면 삼태리 1층 주택 대763㎡ 연123㎡ 나노산단 AI데이터센… (1036, 557, 1258, 621)
qr-code-icon[interactable] (936, 1528, 986, 1578)
